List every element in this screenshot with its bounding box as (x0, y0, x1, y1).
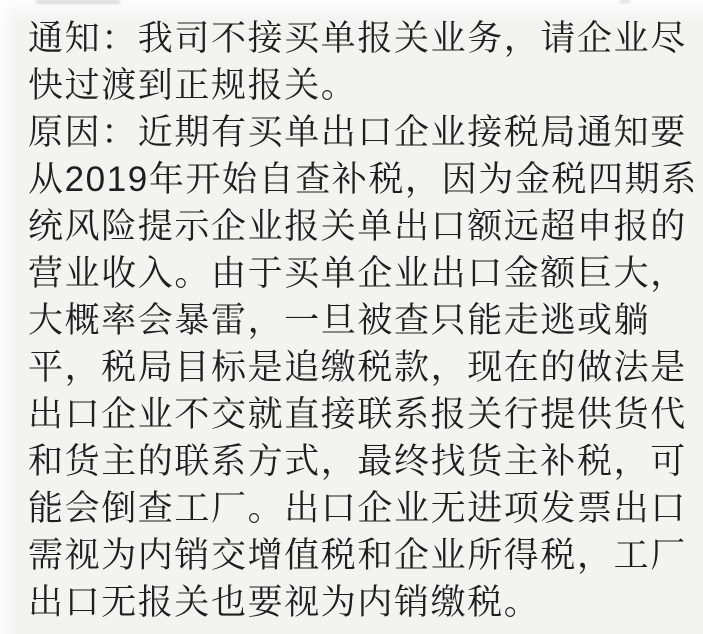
notice-line-12: 需视为内销交增值税和企业所得税，工厂 (28, 532, 695, 579)
notice-line-5: 统风险提示企业报关单出口额远超申报的 (28, 203, 695, 250)
notice-line-13: 出口无报关也要视为内销缴税。 (28, 579, 695, 626)
notice-image: 通知：我司不接买单报关业务，请企业尽 快过渡到正规报关。 原因：近期有买单出口企… (0, 0, 703, 634)
notice-line-2: 快过渡到正规报关。 (28, 62, 695, 109)
notice-line-3: 原因：近期有买单出口企业接税局通知要 (28, 109, 695, 156)
notice-line-8: 平，税局目标是追缴税款，现在的做法是 (28, 344, 695, 391)
notice-line-4: 从2019年开始自查补税，因为金税四期系 (28, 156, 695, 203)
notice-line-1: 通知：我司不接买单报关业务，请企业尽 (28, 15, 695, 62)
cropped-glyph-artifact (620, 0, 630, 3)
notice-line-10: 和货主的联系方式，最终找货主补税，可 (28, 438, 695, 485)
notice-line-6: 营业收入。由于买单企业出口金额巨大， (28, 250, 695, 297)
notice-line-9: 出口企业不交就直接联系报关行提供货代 (28, 391, 695, 438)
notice-line-7: 大概率会暴雷，一旦被查只能走逃或躺 (28, 297, 695, 344)
notice-line-11: 能会倒查工厂。出口企业无进项发票出口 (28, 485, 695, 532)
cropped-glyph-artifact (36, 0, 120, 4)
